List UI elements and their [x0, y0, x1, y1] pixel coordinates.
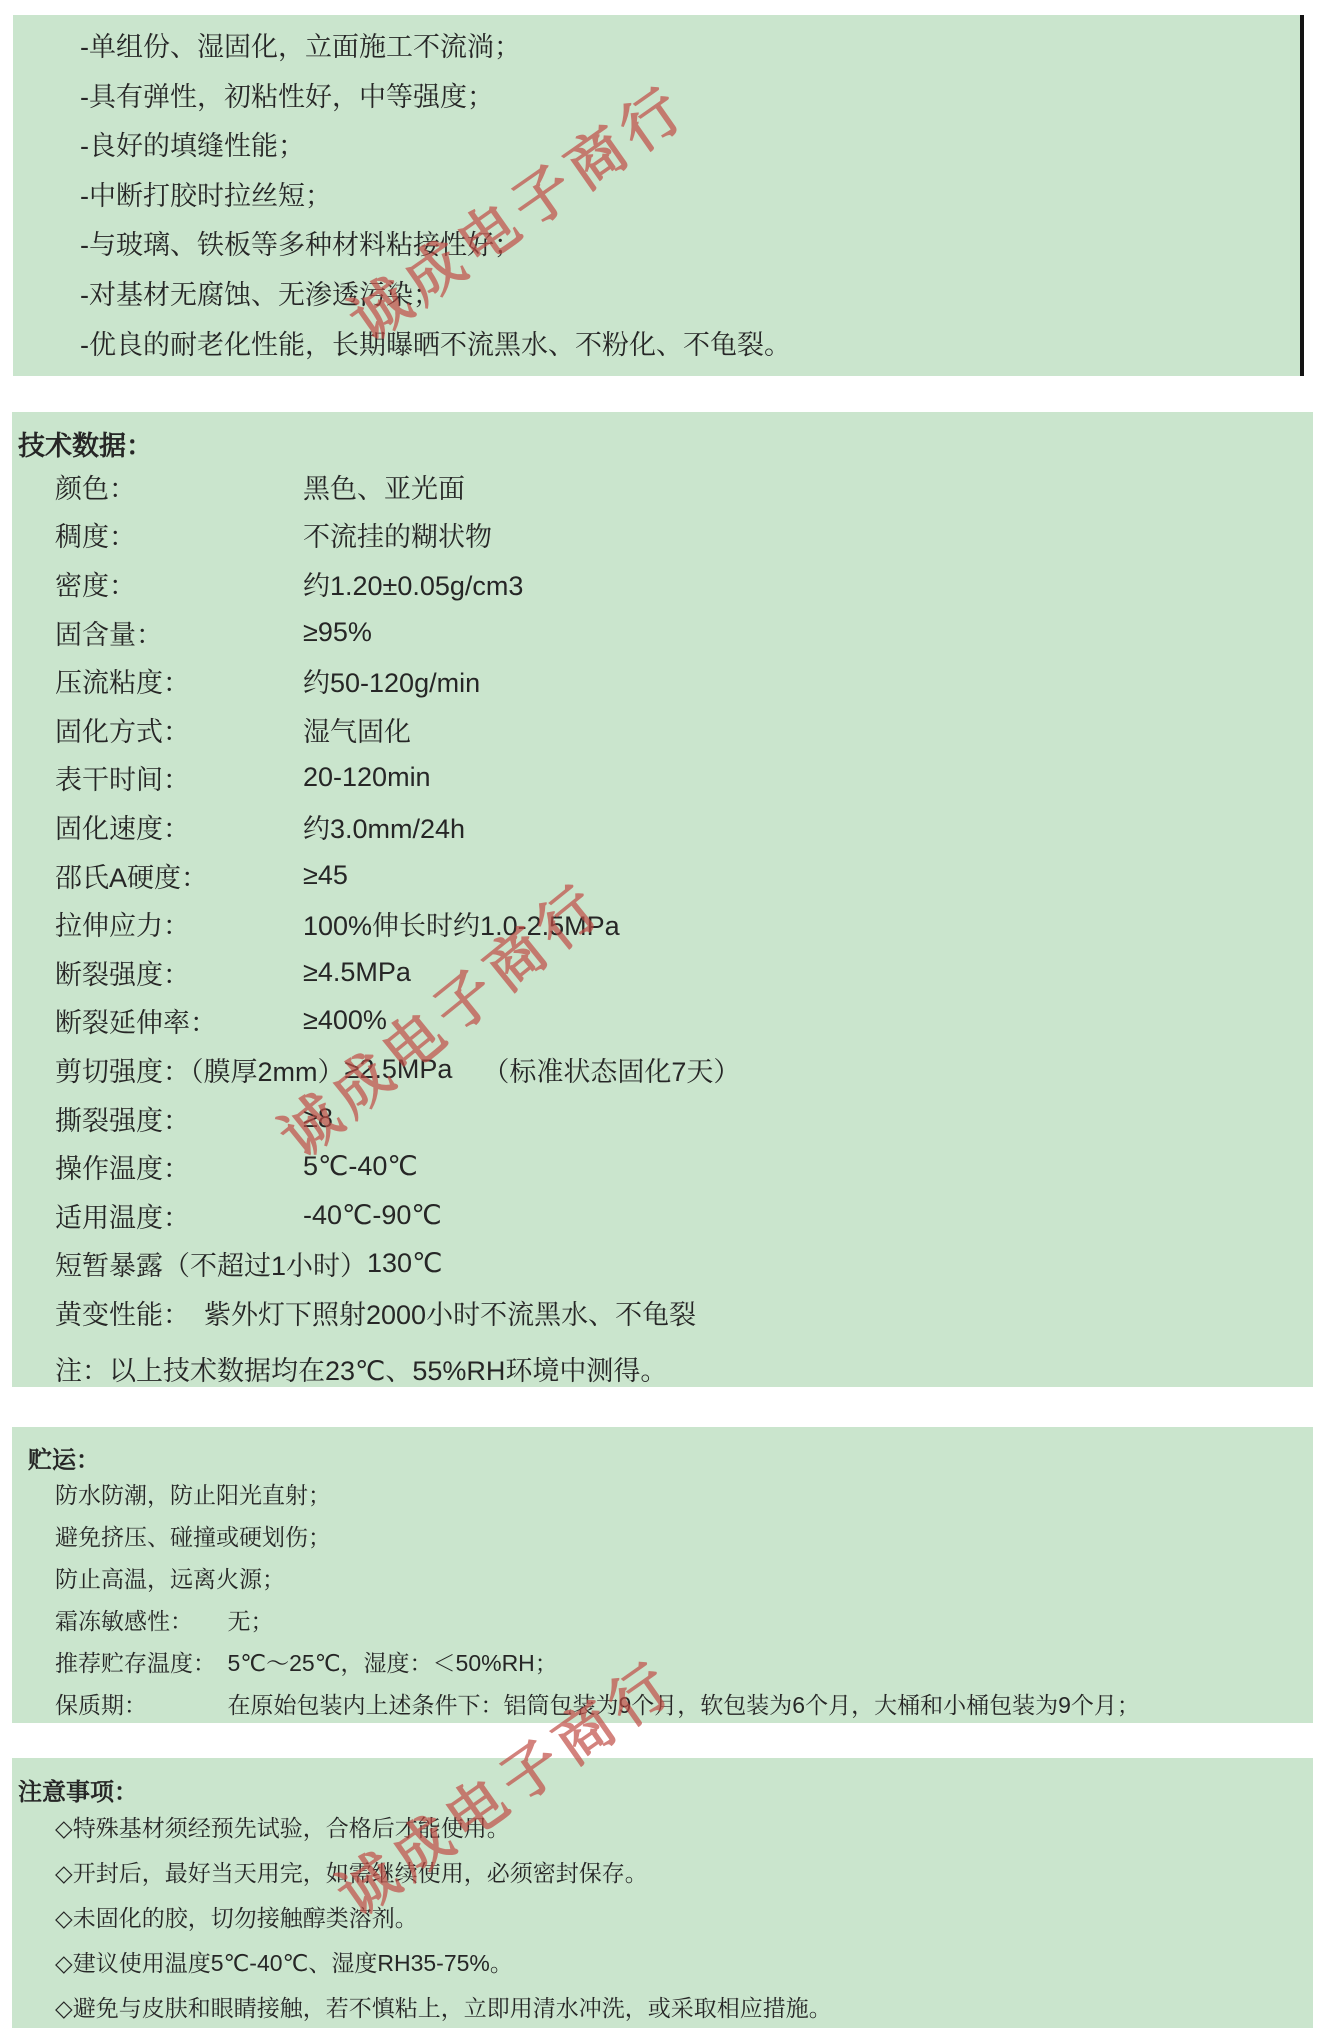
- tech-row: 固含量：≥95%: [12, 608, 1313, 657]
- precaution-line: ◇开封后，最好当天用完，如需继续使用，必须密封保存。: [12, 1851, 1313, 1896]
- feature-line: -对基材无腐蚀、无渗透污染；: [80, 271, 1290, 321]
- tech-row: 表干时间：20-120min: [12, 754, 1313, 803]
- feature-line: -中断打胶时拉丝短；: [80, 172, 1290, 222]
- tech-row-value: 5℃-40℃: [303, 1151, 418, 1182]
- storage-line: 防水防潮，防止阳光直射；: [12, 1474, 1313, 1516]
- tech-row-value: ≥8: [303, 1103, 333, 1134]
- tech-row-label: 适用温度：: [55, 1196, 303, 1235]
- tech-row-label: 拉伸应力：: [55, 904, 303, 943]
- tech-row: 黄变性能：紫外灯下照射2000小时不流黑水、不龟裂: [12, 1288, 1313, 1337]
- tech-row-value: 黑色、亚光面: [303, 467, 465, 506]
- feature-line: -具有弹性，初粘性好，中等强度；: [80, 73, 1290, 123]
- tech-row: 适用温度：-40℃-90℃: [12, 1191, 1313, 1240]
- features-list: -单组份、湿固化，立面施工不流淌；-具有弹性，初粘性好，中等强度；-良好的填缝性…: [80, 23, 1290, 370]
- storage-line: 霜冻敏感性： 无；: [12, 1600, 1313, 1642]
- feature-line: -良好的填缝性能；: [80, 122, 1290, 172]
- tech-row-value: 约3.0mm/24h: [303, 807, 465, 846]
- tech-row: 剪切强度：（膜厚2mm）≥2.5MPa（标准状态固化7天）: [12, 1045, 1313, 1094]
- precautions-section: 注意事项： ◇特殊基材须经预先试验，合格后才能使用。◇开封后，最好当天用完，如需…: [12, 1758, 1313, 2028]
- tech-row: 拉伸应力：100%伸长时约1.0-2.5MPa: [12, 899, 1313, 948]
- tech-row-value: ≥4.5MPa: [303, 957, 411, 988]
- tech-row-label: 黄变性能：: [55, 1293, 190, 1332]
- tech-row-label: 密度：: [55, 564, 303, 603]
- tech-row: 短暂暴露（不超过1小时）130℃: [12, 1240, 1313, 1289]
- tech-row-label: 固含量：: [55, 613, 303, 652]
- tech-row-label: 颜色：: [55, 467, 303, 506]
- tech-row: 密度：约1.20±0.05g/cm3: [12, 559, 1313, 608]
- storage-line: 避免挤压、碰撞或硬划伤；: [12, 1516, 1313, 1558]
- tech-row-value: 130℃: [367, 1248, 442, 1279]
- tech-row-value: -40℃-90℃: [303, 1200, 442, 1231]
- tech-row-label: 操作温度：: [55, 1147, 303, 1186]
- precaution-line: ◇未固化的胶，切勿接触醇类溶剂。: [12, 1896, 1313, 1941]
- tech-row: 操作温度：5℃-40℃: [12, 1142, 1313, 1191]
- tech-row-value: 紫外灯下照射2000小时不流黑水、不龟裂: [204, 1293, 696, 1332]
- tech-row: 稠度：不流挂的糊状物: [12, 511, 1313, 560]
- precaution-line: ◇建议使用温度5℃-40℃、湿度RH35-75%。: [12, 1941, 1313, 1986]
- tech-row-value: ≥400%: [303, 1005, 387, 1036]
- product-spec-page: { "colors":{ "section_bg":"#cae5cd", "te…: [0, 0, 1321, 2038]
- tech-row-value: 约50-120g/min: [303, 661, 480, 700]
- precautions-lines: ◇特殊基材须经预先试验，合格后才能使用。◇开封后，最好当天用完，如需继续使用，必…: [12, 1806, 1313, 2031]
- features-section: -单组份、湿固化，立面施工不流淌；-具有弹性，初粘性好，中等强度；-良好的填缝性…: [13, 15, 1304, 376]
- tech-data-rows: 颜色：黑色、亚光面稠度：不流挂的糊状物密度：约1.20±0.05g/cm3固含量…: [12, 462, 1313, 1337]
- tech-row-label: 固化速度：: [55, 807, 303, 846]
- tech-row-value: 100%伸长时约1.0-2.5MPa: [303, 904, 620, 943]
- tech-row-value: 不流挂的糊状物: [303, 515, 492, 554]
- tech-row: 固化方式：湿气固化: [12, 705, 1313, 754]
- tech-row-note: （标准状态固化7天）: [482, 1050, 740, 1089]
- tech-row-value: 湿气固化: [303, 710, 411, 749]
- tech-row-label: 固化方式：: [55, 710, 303, 749]
- tech-row: 断裂延伸率：≥400%: [12, 997, 1313, 1046]
- tech-data-title: 技术数据：: [18, 424, 153, 463]
- tech-row-label: 邵氏A硬度：: [55, 856, 303, 895]
- tech-data-section: 技术数据： 颜色：黑色、亚光面稠度：不流挂的糊状物密度：约1.20±0.05g/…: [12, 412, 1313, 1387]
- storage-title: 贮运：: [28, 1440, 100, 1475]
- tech-row-label: 稠度：: [55, 515, 303, 554]
- precautions-title: 注意事项：: [18, 1772, 138, 1807]
- tech-row-label: 撕裂强度：: [55, 1099, 303, 1138]
- tech-row-label: 断裂延伸率：: [55, 1001, 303, 1040]
- storage-line: 保质期： 在原始包装内上述条件下：铝筒包装为9个月，软包装为6个月，大桶和小桶包…: [12, 1684, 1313, 1726]
- tech-row-label: 短暂暴露（不超过1小时）: [55, 1244, 367, 1283]
- tech-row-value: 20-120min: [303, 762, 431, 793]
- tech-row-label: 断裂强度：: [55, 953, 303, 992]
- storage-section: 贮运： 防水防潮，防止阳光直射；避免挤压、碰撞或硬划伤；防止高温，远离火源；霜冻…: [12, 1427, 1313, 1723]
- tech-row-value: ≥2.5MPa: [345, 1054, 453, 1085]
- tech-row: 压流粘度：约50-120g/min: [12, 656, 1313, 705]
- tech-row: 撕裂强度：≥8: [12, 1094, 1313, 1143]
- storage-line: 防止高温，远离火源；: [12, 1558, 1313, 1600]
- precaution-line: ◇特殊基材须经预先试验，合格后才能使用。: [12, 1806, 1313, 1851]
- tech-row-value: 约1.20±0.05g/cm3: [303, 564, 523, 603]
- feature-line: -单组份、湿固化，立面施工不流淌；: [80, 23, 1290, 73]
- tech-row-label: 表干时间：: [55, 758, 303, 797]
- tech-data-footnote: 注：以上技术数据均在23℃、55%RH环境中测得。: [55, 1349, 667, 1388]
- storage-lines: 防水防潮，防止阳光直射；避免挤压、碰撞或硬划伤；防止高温，远离火源；霜冻敏感性：…: [12, 1474, 1313, 1726]
- feature-line: -优良的耐老化性能，长期曝晒不流黑水、不粉化、不龟裂。: [80, 321, 1290, 371]
- tech-row-value: ≥45: [303, 860, 348, 891]
- tech-row: 颜色：黑色、亚光面: [12, 462, 1313, 511]
- tech-row-value: ≥95%: [303, 617, 372, 648]
- tech-row: 邵氏A硬度：≥45: [12, 851, 1313, 900]
- tech-row: 断裂强度：≥4.5MPa: [12, 948, 1313, 997]
- feature-line: -与玻璃、铁板等多种材料粘接性好；: [80, 221, 1290, 271]
- precaution-line: ◇避免与皮肤和眼睛接触，若不慎粘上，立即用清水冲洗，或采取相应措施。: [12, 1986, 1313, 2031]
- storage-line: 推荐贮存温度： 5℃～25℃，湿度：＜50%RH；: [12, 1642, 1313, 1684]
- tech-row-label: 压流粘度：: [55, 661, 303, 700]
- tech-row: 固化速度：约3.0mm/24h: [12, 802, 1313, 851]
- tech-row-label: 剪切强度：（膜厚2mm）: [55, 1050, 345, 1089]
